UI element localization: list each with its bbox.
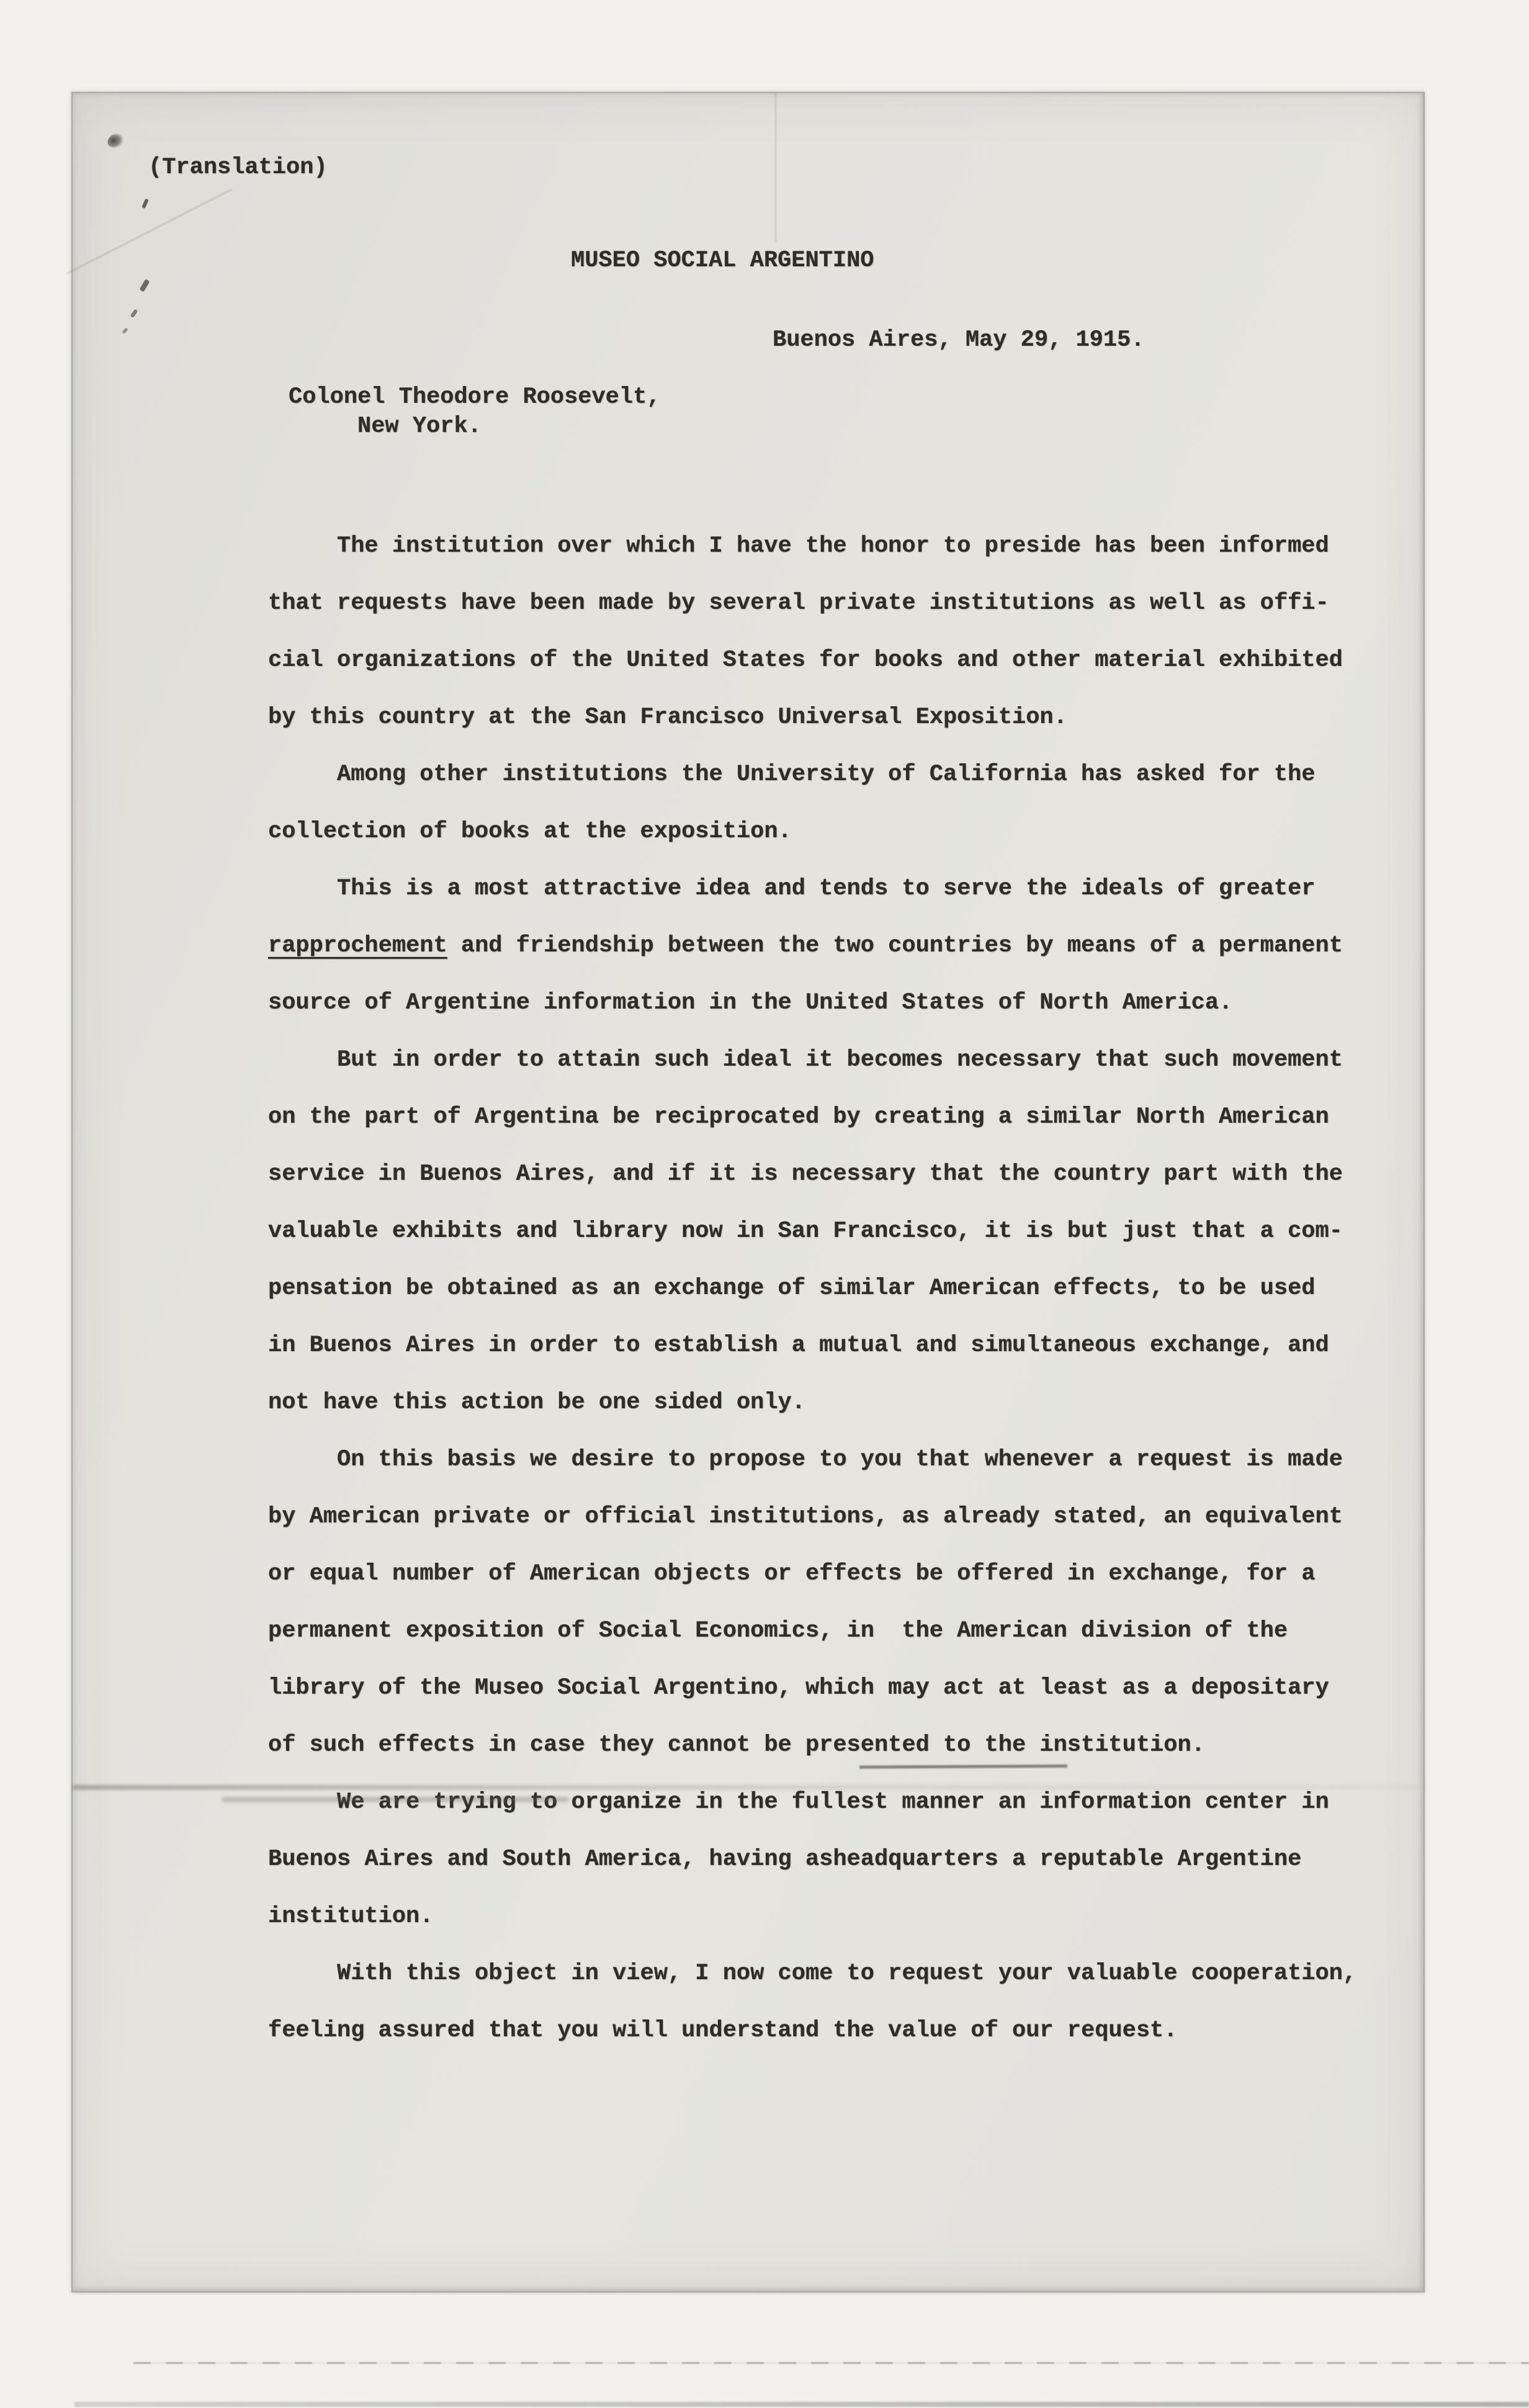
letter-line: Among other institutions the University … (268, 746, 1356, 803)
letter-line: Buenos Aires and South America, having a… (268, 1831, 1356, 1888)
letter-line: cial organizations of the United States … (268, 632, 1356, 689)
letter-line: by American private or official institut… (268, 1488, 1356, 1545)
letterhead-title: MUSEO SOCIAL ARGENTINO (571, 247, 874, 274)
scan-artifact-bottom-edge (74, 2402, 1529, 2407)
letter-line: With this object in view, I now come to … (268, 1945, 1356, 2002)
paper-crease (775, 93, 776, 242)
pencil-speck (122, 328, 128, 335)
scan-artifact-line (133, 2362, 1529, 2364)
recipient-line: Colonel Theodore Roosevelt, (289, 383, 661, 412)
underlined-word: rapprochement (268, 933, 447, 959)
letter-line: institution. (268, 1888, 1356, 1945)
letter-line: valuable exhibits and library now in San… (268, 1203, 1356, 1260)
translation-note: (Translation) (148, 154, 328, 181)
recipient-address: Colonel Theodore Roosevelt, New York. (289, 383, 661, 441)
letter-line: feeling assured that you will understand… (268, 2002, 1356, 2059)
letter-line: pensation be obtained as an exchange of … (268, 1260, 1356, 1317)
letter-page: (Translation) MUSEO SOCIAL ARGENTINO Bue… (71, 92, 1425, 2293)
letter-line: in Buenos Aires in order to establish a … (268, 1317, 1356, 1374)
letter-line: that requests have been made by several … (268, 575, 1356, 632)
letter-line: service in Buenos Aires, and if it is ne… (268, 1146, 1356, 1203)
recipient-line: New York. (289, 412, 661, 441)
pencil-speck (141, 198, 149, 209)
letter-line: by this country at the San Francisco Uni… (268, 689, 1356, 746)
letter-line: source of Argentine information in the U… (268, 974, 1356, 1031)
dateline: Buenos Aires, May 29, 1915. (773, 326, 1145, 354)
letter-line: of such effects in case they cannot be p… (268, 1717, 1356, 1774)
corner-crease (66, 189, 233, 274)
letter-body: The institution over which I have the ho… (268, 518, 1356, 2059)
letter-line: On this basis we desire to propose to yo… (268, 1431, 1356, 1488)
letter-line: rapprochement and friendship between the… (268, 917, 1356, 974)
letter-line: We are trying to organize in the fullest… (268, 1774, 1356, 1831)
letter-line: collection of books at the exposition. (268, 803, 1356, 860)
pencil-speck (130, 309, 138, 318)
letter-line: library of the Museo Social Argentino, w… (268, 1660, 1356, 1717)
letter-line: or equal number of American objects or e… (268, 1545, 1356, 1602)
letter-line: But in order to attain such ideal it bec… (268, 1031, 1356, 1089)
pencil-speck (140, 279, 150, 292)
ink-blot (106, 132, 125, 150)
letter-line: The institution over which I have the ho… (268, 518, 1356, 575)
letter-line: This is a most attractive idea and tends… (268, 860, 1356, 917)
letter-line: permanent exposition of Social Economics… (268, 1602, 1356, 1660)
letter-line: on the part of Argentina be reciprocated… (268, 1089, 1356, 1146)
letter-line: not have this action be one sided only. (268, 1374, 1356, 1431)
